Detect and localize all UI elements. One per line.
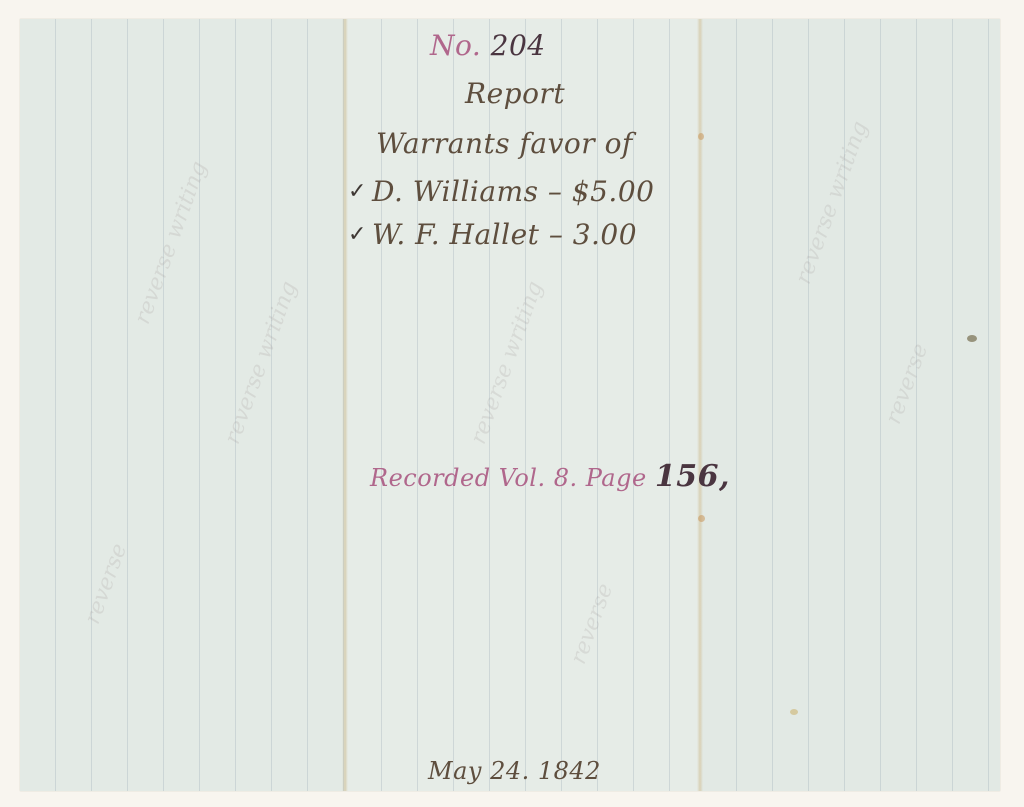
document-sheet: reverse writing reverse writing reverse … [20, 19, 1000, 791]
report-title: Report [465, 77, 565, 110]
entry-amount: $5.00 [572, 175, 655, 208]
recorded-page: 156, [655, 459, 730, 494]
stain [698, 515, 705, 522]
stain [698, 133, 704, 140]
right-panel: reverse writing reverse [701, 19, 1000, 791]
entry-name: W. F. Hallet [372, 218, 539, 251]
recorded-text: Recorded Vol. 8. Page [370, 464, 647, 492]
number-value: 204 [491, 29, 546, 62]
fold-line-left [342, 19, 348, 791]
check-mark-icon: ✓ [348, 222, 366, 247]
date: May 24. 1842 [428, 757, 601, 785]
stain [967, 335, 977, 342]
entry-amount: 3.00 [573, 218, 637, 251]
number-prefix: No. [430, 29, 481, 62]
recorded-note: Recorded Vol. 8. Page 156, [370, 459, 730, 494]
docket-number: No. 204 [430, 29, 546, 62]
subject-line: Warrants favor of [376, 127, 633, 160]
entry-name: D. Williams [372, 175, 538, 208]
entry-2: W. F. Hallet – 3.00 [372, 218, 637, 251]
stain [790, 709, 798, 715]
entry-1: D. Williams – $5.00 [372, 175, 654, 208]
check-mark-icon: ✓ [348, 179, 366, 204]
left-panel: reverse writing reverse writing reverse [20, 19, 346, 791]
